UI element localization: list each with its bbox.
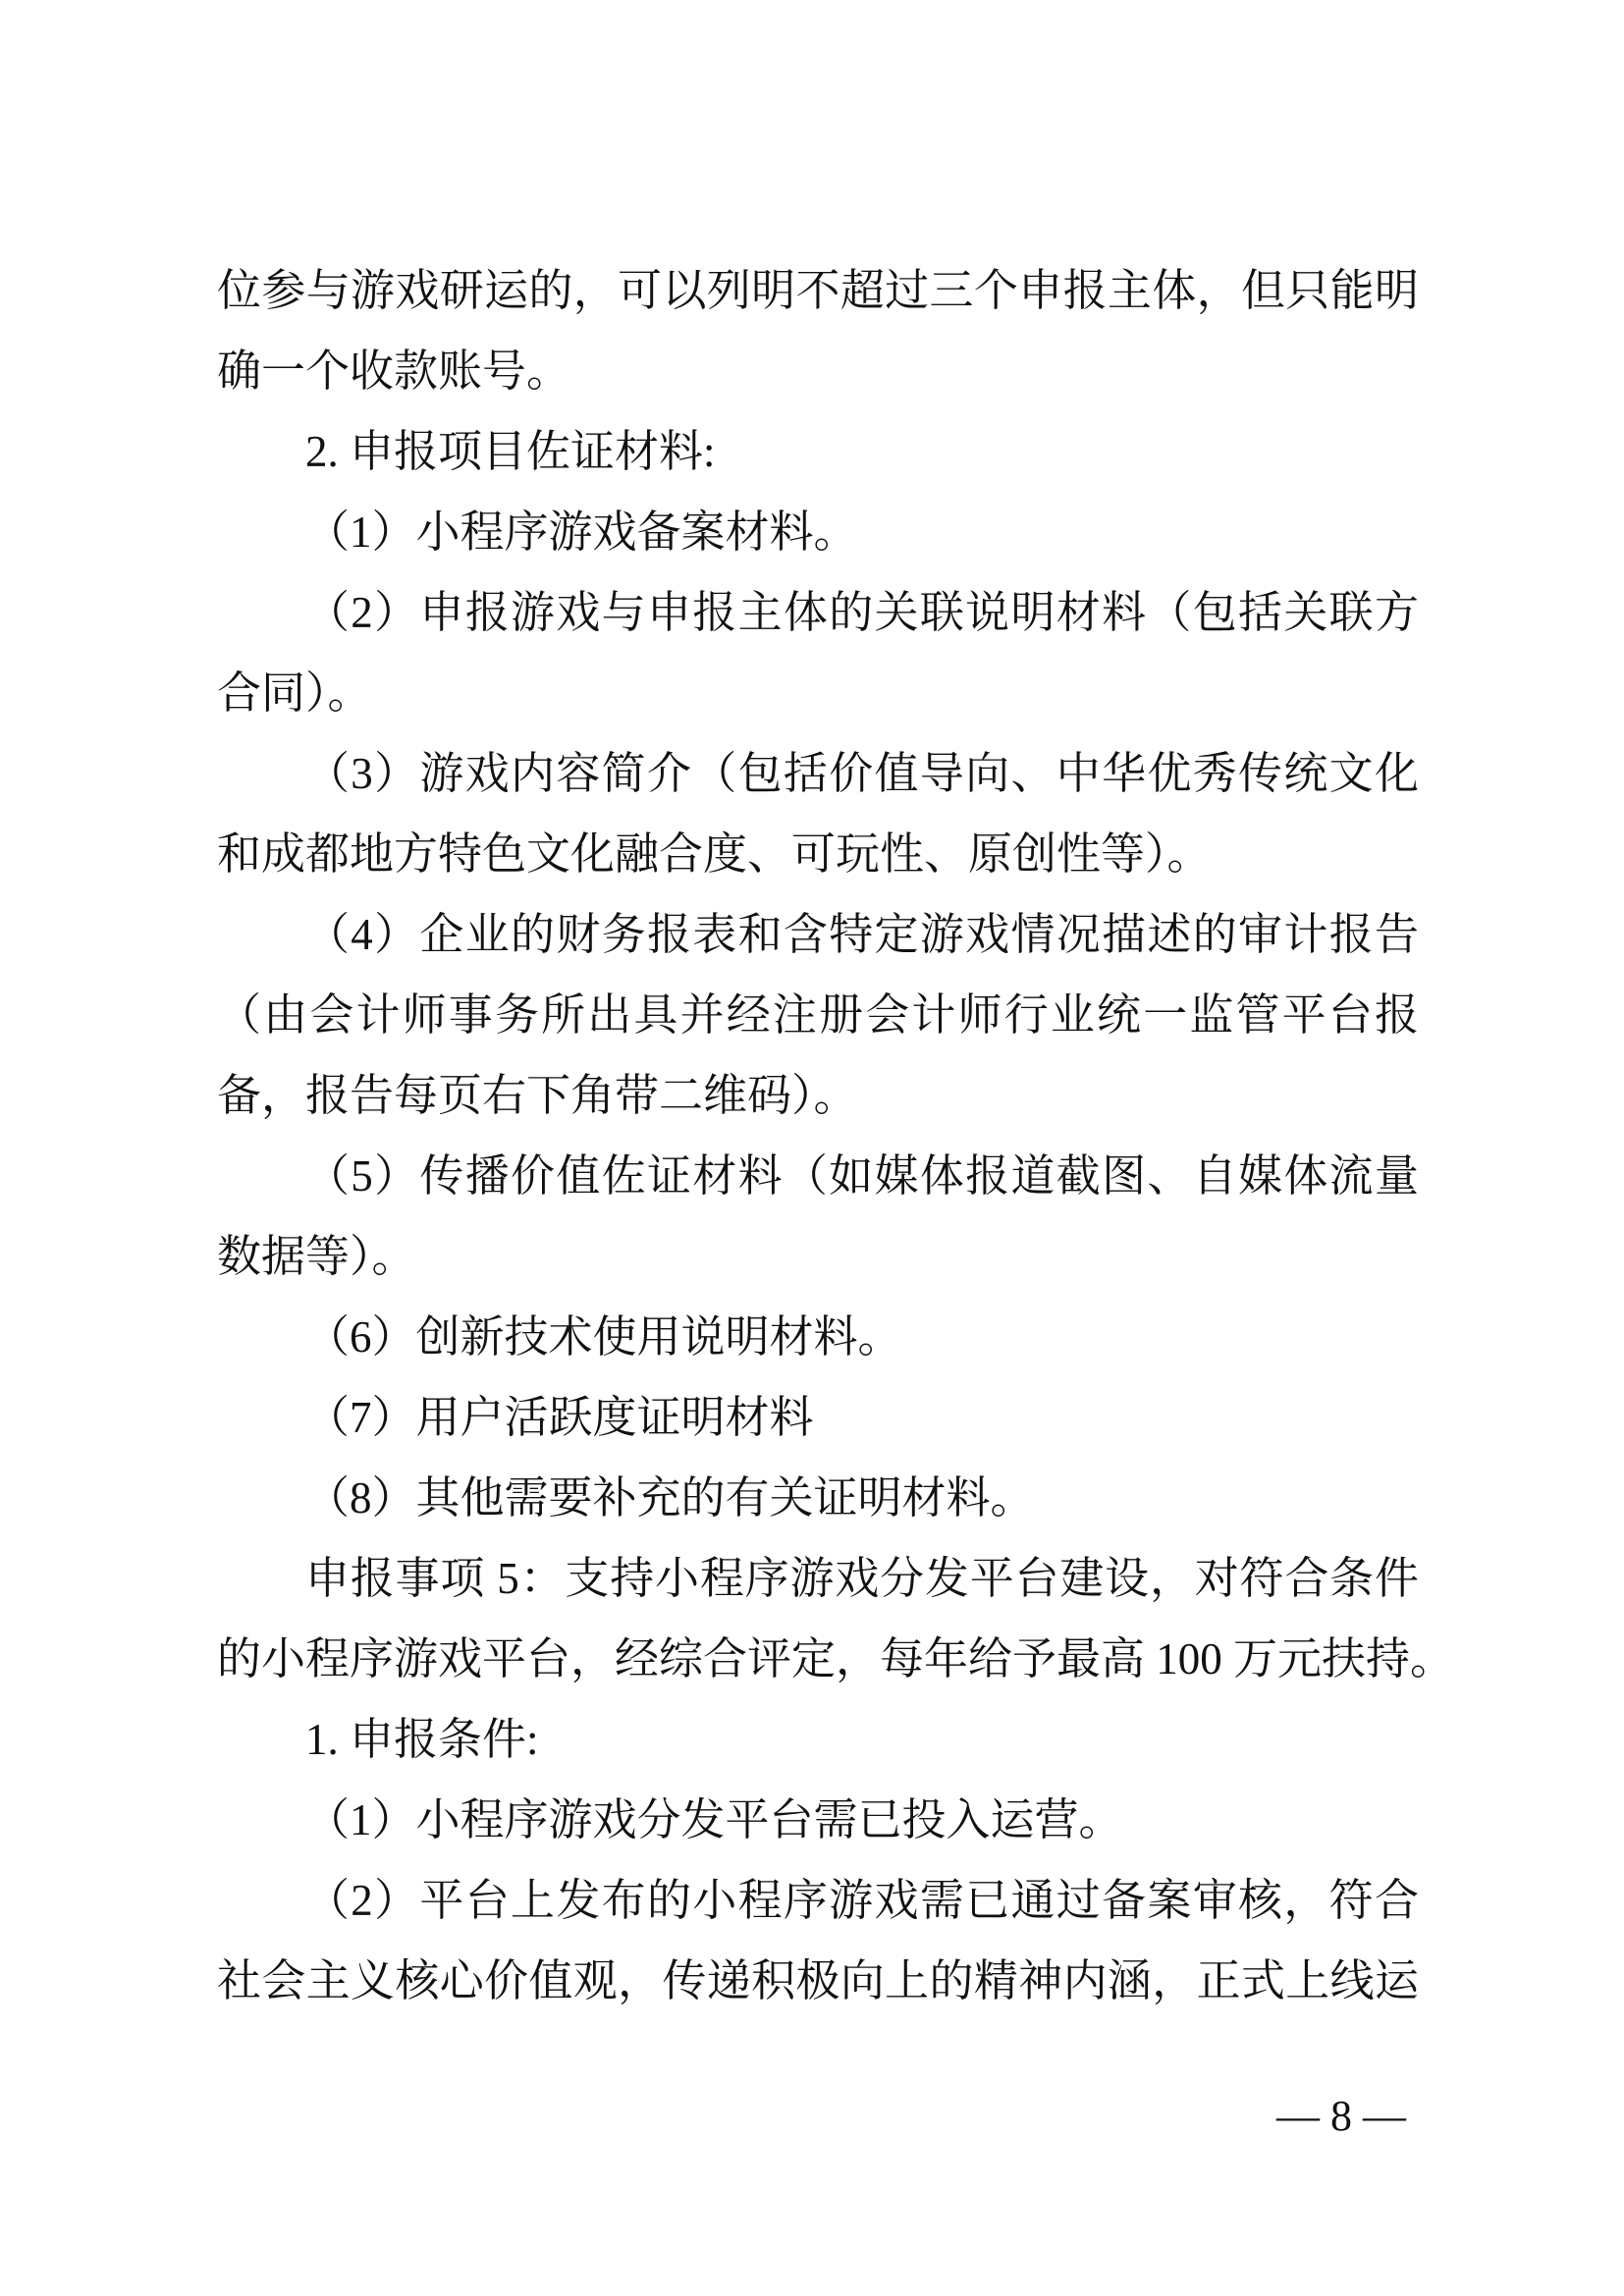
text-line: 位参与游戏研运的，可以列明不超过三个申报主体，但只能明 — [217, 250, 1419, 331]
text-line: （3）游戏内容简介（包括价值导向、中华优秀传统文化 — [217, 733, 1419, 814]
text-line: 数据等）。 — [217, 1216, 1419, 1297]
text-line: 合同）。 — [217, 653, 1419, 733]
text-line: （7）用户活跃度证明材料 — [217, 1377, 1419, 1458]
document-text-block: 位参与游戏研运的，可以列明不超过三个申报主体，但只能明 确一个收款账号。 2. … — [217, 250, 1419, 2021]
text-line: （1）小程序游戏备案材料。 — [217, 492, 1419, 572]
text-line: 的小程序游戏平台，经综合评定，每年给予最高 100 万元扶持。 — [217, 1619, 1419, 1699]
text-line: （6）创新技术使用说明材料。 — [217, 1297, 1419, 1377]
text-line: 申报事项 5：支持小程序游戏分发平台建设，对符合条件 — [217, 1538, 1419, 1619]
document-page: 位参与游戏研运的，可以列明不超过三个申报主体，但只能明 确一个收款账号。 2. … — [0, 0, 1624, 2296]
text-line: （8）其他需要补充的有关证明材料。 — [217, 1458, 1419, 1538]
text-line: 1. 申报条件: — [217, 1699, 1419, 1780]
text-line: 确一个收款账号。 — [217, 331, 1419, 411]
text-line: （2）申报游戏与申报主体的关联说明材料（包括关联方 — [217, 572, 1419, 653]
text-line: 2. 申报项目佐证材料: — [217, 411, 1419, 492]
text-line: （1）小程序游戏分发平台需已投入运营。 — [217, 1780, 1419, 1860]
text-line: 备，报告每页右下角带二维码）。 — [217, 1055, 1419, 1136]
text-line: （由会计师事务所出具并经注册会计师行业统一监管平台报 — [217, 975, 1419, 1055]
text-line: （2）平台上发布的小程序游戏需已通过备案审核，符合 — [217, 1860, 1419, 1941]
page-number: — 8 — — [1276, 2087, 1406, 2146]
text-line: 和成都地方特色文化融合度、可玩性、原创性等）。 — [217, 814, 1419, 894]
text-line: （4）企业的财务报表和含特定游戏情况描述的审计报告 — [217, 894, 1419, 975]
text-line: 社会主义核心价值观，传递积极向上的精神内涵，正式上线运 — [217, 1941, 1419, 2021]
text-line: （5）传播价值佐证材料（如媒体报道截图、自媒体流量 — [217, 1136, 1419, 1216]
